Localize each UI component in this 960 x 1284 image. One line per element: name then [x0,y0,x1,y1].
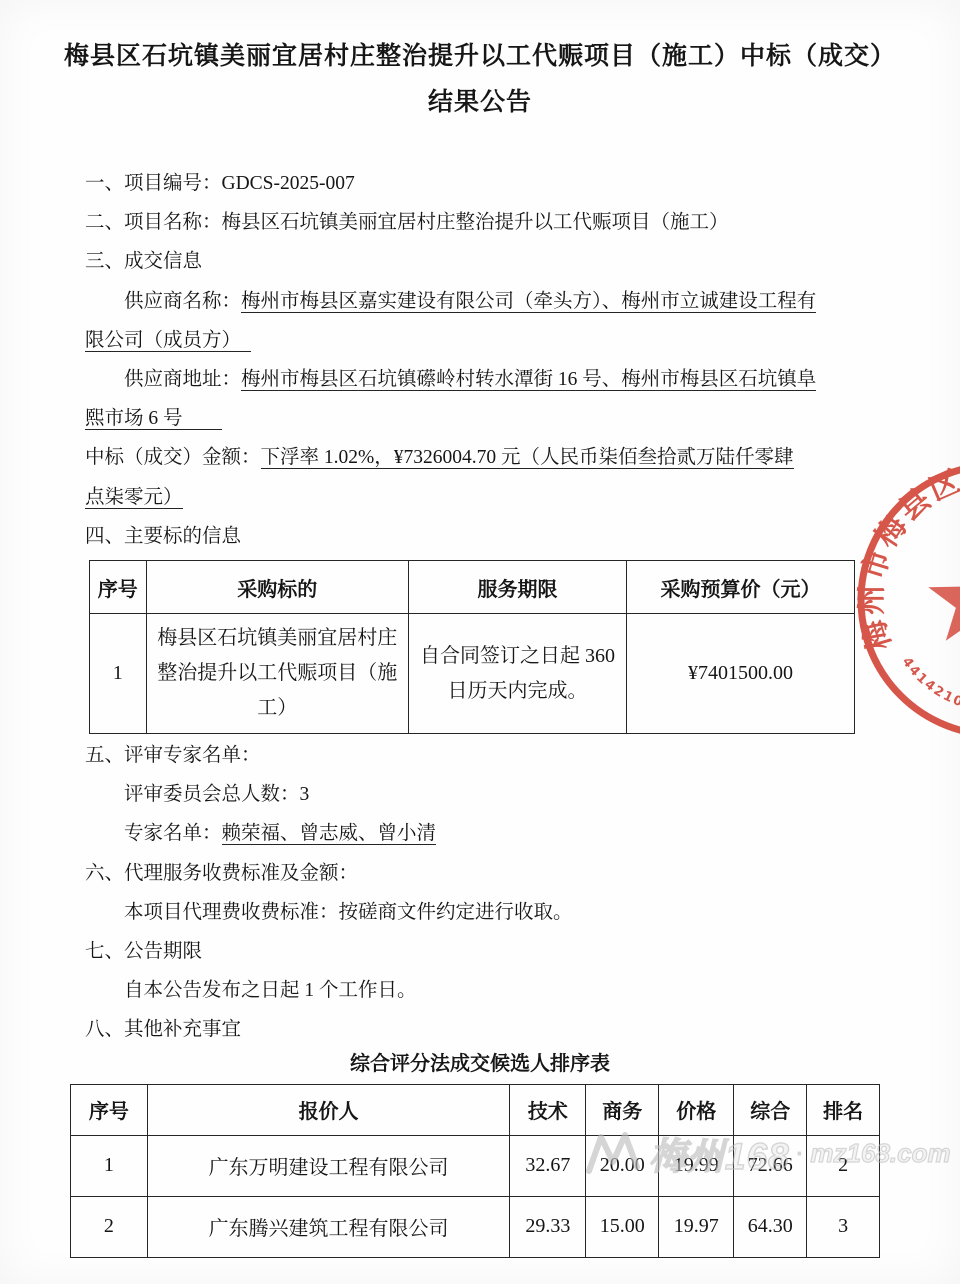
text-segment: 一、项目编号：GDCS-2025-007 [85,173,355,194]
underlined-value: 熙市场 6 号 [85,408,222,430]
paragraph-line: 自本公告发布之日起 1 个工作日。 [85,971,875,1010]
table-cell: 自合同签订之日起 360 日历天内完成。 [409,614,627,734]
table-header-cell: 序号 [71,1084,148,1135]
text-segment: 专家名单： [124,823,222,844]
paragraph-line: 六、代理服务收费标准及金额： [85,854,875,893]
table-cell: 2 [807,1135,880,1196]
text-segment: 供应商名称： [124,291,241,312]
document-title: 梅县区石坑镇美丽宜居村庄整治提升以工代赈项目（施工）中标（成交） 结果公告 [0,0,960,126]
table-header-cell: 序号 [90,561,147,614]
table-row: 1梅县区石坑镇美丽宜居村庄整治提升以工代赈项目（施工）自合同签订之日起 360 … [90,614,855,734]
underlined-value: 下浮率 1.02%，¥7326004.70 元（人民币柒佰叁拾贰万陆仟零肆 [261,447,794,469]
text-segment: 评审委员会总人数：3 [124,784,309,805]
ranking-table: 序号报价人技术商务价格综合排名1广东万明建设工程有限公司32.6720.0019… [85,1084,875,1258]
table-cell: 20.00 [586,1135,659,1196]
paragraph-line: 二、项目名称：梅县区石坑镇美丽宜居村庄整治提升以工代赈项目（施工） [85,203,875,242]
paragraph-line: 一、项目编号：GDCS-2025-007 [85,164,875,203]
text-segment: 六、代理服务收费标准及金额： [85,863,358,884]
table-header-cell: 技术 [510,1084,586,1135]
document-page: 梅县区石坑镇美丽宜居村庄整治提升以工代赈项目（施工）中标（成交） 结果公告 一、… [0,0,960,1284]
announcement-body-top: 一、项目编号：GDCS-2025-007二、项目名称：梅县区石坑镇美丽宜居村庄整… [85,164,875,556]
table-cell: 29.33 [510,1196,586,1257]
text-segment: 供应商地址： [124,369,241,390]
table-cell: 19.99 [659,1135,734,1196]
paragraph-line: 五、评审专家名单： [85,736,875,775]
seal-ring [861,465,960,735]
table-header-cell: 排名 [807,1084,880,1135]
table-cell: 64.30 [734,1196,807,1257]
paragraph-line: 三、成交信息 [85,242,875,281]
paragraph-line: 限公司（成员方） [85,321,875,360]
paragraph-line: 本项目代理费收费标准：按磋商文件约定进行收取。 [85,893,875,932]
paragraph-line: 熙市场 6 号 [85,399,875,438]
text-segment: 三、成交信息 [85,251,202,272]
table-header-cell: 服务期限 [409,561,627,614]
document-title-line1: 梅县区石坑镇美丽宜居村庄整治提升以工代赈项目（施工）中标（成交） [0,34,960,80]
table-cell: 32.67 [510,1135,586,1196]
paragraph-line: 七、公告期限 [85,932,875,971]
text-segment: 自本公告发布之日起 1 个工作日。 [124,980,417,1001]
main-lot-table: 序号采购标的服务期限采购预算价（元）1梅县区石坑镇美丽宜居村庄整治提升以工代赈项… [85,560,875,734]
table-cell: 广东腾兴建筑工程有限公司 [147,1196,509,1257]
table-row: 1广东万明建设工程有限公司32.6720.0019.9972.662 [71,1135,880,1196]
announcement-content: 一、项目编号：GDCS-2025-007二、项目名称：梅县区石坑镇美丽宜居村庄整… [85,164,875,1258]
table-row: 2广东腾兴建筑工程有限公司29.3315.0019.9764.303 [71,1196,880,1257]
table-cell: 1 [71,1135,148,1196]
table-cell: 15.00 [586,1196,659,1257]
paragraph-line: 八、其他补充事宜 [85,1010,875,1049]
underlined-value: 梅州市梅县区嘉实建设有限公司（牵头方）、梅州市立诚建设工程有 [241,291,816,313]
paragraph-line: 专家名单：赖荣福、曾志威、曾小清 [85,814,875,853]
paragraph-line: 供应商名称：梅州市梅县区嘉实建设有限公司（牵头方）、梅州市立诚建设工程有 [85,282,875,321]
star-icon [928,554,960,641]
table-cell: 3 [807,1196,880,1257]
table-cell: 72.66 [734,1135,807,1196]
table-header-cell: 价格 [659,1084,734,1135]
underlined-value: 赖荣福、曾志威、曾小清 [222,823,437,845]
table-cell: 广东万明建设工程有限公司 [147,1135,509,1196]
text-segment: 四、主要标的信息 [85,526,241,547]
table-header-row: 序号报价人技术商务价格综合排名 [71,1084,880,1135]
table-header-cell: 采购标的 [146,561,408,614]
table-header-cell: 采购预算价（元） [627,561,855,614]
paragraph-line: 点柒零元） [85,478,875,517]
announcement-body-mid: 五、评审专家名单：评审委员会总人数：3专家名单：赖荣福、曾志威、曾小清六、代理服… [85,736,875,1050]
paragraph-line: 中标（成交）金额：下浮率 1.02%，¥7326004.70 元（人民币柒佰叁拾… [85,438,875,477]
table-cell: ¥7401500.00 [627,614,855,734]
paragraph-line: 四、主要标的信息 [85,517,875,556]
text-segment: 八、其他补充事宜 [85,1019,241,1040]
table1-table-element: 序号采购标的服务期限采购预算价（元）1梅县区石坑镇美丽宜居村庄整治提升以工代赈项… [89,560,855,734]
table-cell: 2 [71,1196,148,1257]
text-segment: 本项目代理费收费标准：按磋商文件约定进行收取。 [124,902,573,923]
ranking-table-caption: 综合评分法成交候选人排序表 [85,1050,875,1078]
table-header-row: 序号采购标的服务期限采购预算价（元） [90,561,855,614]
paragraph-line: 供应商地址：梅州市梅县区石坑镇礤岭村转水潭街 16 号、梅州市梅县区石坑镇阜 [85,360,875,399]
document-title-line2: 结果公告 [0,80,960,126]
table-cell: 1 [90,614,147,734]
table-cell: 梅县区石坑镇美丽宜居村庄整治提升以工代赈项目（施工） [146,614,408,734]
underlined-value: 点柒零元） [85,487,183,509]
underlined-value: 限公司（成员方） [85,330,251,352]
text-segment: 中标（成交）金额： [85,447,261,468]
ranking-table-element: 序号报价人技术商务价格综合排名1广东万明建设工程有限公司32.6720.0019… [70,1084,880,1258]
table-header-cell: 报价人 [147,1084,509,1135]
text-segment: 五、评审专家名单： [85,745,261,766]
text-segment: 二、项目名称：梅县区石坑镇美丽宜居村庄整治提升以工代赈项目（施工） [85,212,729,233]
table-header-cell: 商务 [586,1084,659,1135]
text-segment: 七、公告期限 [85,941,202,962]
paragraph-line: 评审委员会总人数：3 [85,775,875,814]
table-cell: 19.97 [659,1196,734,1257]
underlined-value: 梅州市梅县区石坑镇礤岭村转水潭街 16 号、梅州市梅县区石坑镇阜 [241,369,816,391]
table-header-cell: 综合 [734,1084,807,1135]
